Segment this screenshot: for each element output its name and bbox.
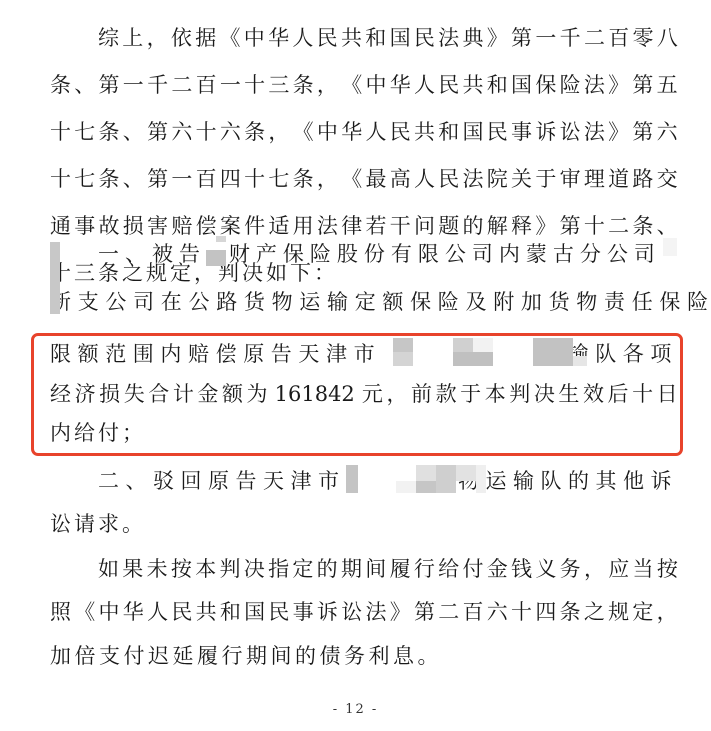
glyph: 规 xyxy=(608,596,629,628)
glyph: 《 xyxy=(341,69,362,101)
ruling-2-line-2: 讼请求。 xyxy=(50,508,678,540)
glyph: 第 xyxy=(632,69,653,101)
glyph: 院 xyxy=(487,163,508,195)
ruling-1-line-1: 一、被告 财产保险股份有限公司内蒙古分公司 xyxy=(98,238,678,270)
glyph: ， xyxy=(268,116,289,148)
glyph: 的 xyxy=(317,553,338,585)
notice-line: 加倍支付迟延履行期间的债务利息。 xyxy=(50,640,678,672)
glyph: 和 xyxy=(487,69,508,101)
glyph: 民 xyxy=(438,163,459,195)
glyph: 民 xyxy=(438,69,459,101)
page-number: - 12 - xyxy=(0,702,711,717)
glyph: 七 xyxy=(74,116,95,148)
glyph: 讼 xyxy=(560,116,581,148)
text: 照《中华人民共和国民事诉讼法》第二百六十四条之规定， xyxy=(50,596,678,628)
glyph: 行 xyxy=(414,553,435,585)
glyph: 国 xyxy=(511,69,532,101)
glyph: 》 xyxy=(608,116,629,148)
glyph: 华 xyxy=(390,69,411,101)
glyph: 第 xyxy=(147,163,168,195)
glyph: 上 xyxy=(122,22,143,54)
glyph: 二 xyxy=(584,22,605,54)
text: 十七条、第一百四十七条，《最高人民法院关于审理道路交 xyxy=(50,163,678,195)
glyph: 一 xyxy=(123,69,144,101)
notice-line: 如果未按本判决指定的期间履行给付金钱义务，应当按 xyxy=(98,553,678,585)
glyph: 据 xyxy=(195,22,216,54)
glyph: 法 xyxy=(365,596,386,628)
highlight-box xyxy=(31,333,683,456)
glyph: 第 xyxy=(511,22,532,54)
glyph: 国 xyxy=(390,22,411,54)
glyph: 十 xyxy=(244,163,265,195)
glyph: 事 xyxy=(293,596,314,628)
glyph: ， xyxy=(317,69,338,101)
glyph: 险 xyxy=(560,69,581,101)
paragraph-line: 十七条、第一百四十七条，《最高人民法院关于审理道路交 xyxy=(50,163,678,195)
glyph: 华 xyxy=(341,116,362,148)
glyph: 一 xyxy=(535,22,556,54)
glyph: 民 xyxy=(317,22,338,54)
glyph: 间 xyxy=(365,553,386,585)
glyph: 第 xyxy=(147,116,168,148)
glyph: 典 xyxy=(462,22,483,54)
glyph: 付 xyxy=(462,553,483,585)
glyph: 共 xyxy=(463,69,484,101)
glyph: 果 xyxy=(122,553,143,585)
glyph: 民 xyxy=(390,116,411,148)
redacted-block xyxy=(206,238,229,266)
glyph: 共 xyxy=(341,22,362,54)
glyph: 金 xyxy=(487,553,508,585)
glyph: 条 xyxy=(293,69,314,101)
glyph: 千 xyxy=(560,22,581,54)
glyph: 人 xyxy=(365,116,386,148)
glyph: 依 xyxy=(171,22,192,54)
text: 条、第一千二百一十三条，《中华人民共和国保险法》第五 xyxy=(50,69,678,101)
glyph: 》 xyxy=(487,22,508,54)
glyph: 履 xyxy=(390,553,411,585)
ruling-1-line-2: 新支公司在公路货物运输定额保险及附加货物责任保险 xyxy=(50,286,678,318)
glyph: 定 xyxy=(632,596,653,628)
glyph: 于 xyxy=(535,163,556,195)
glyph: ， xyxy=(317,163,338,195)
glyph: 诉 xyxy=(317,596,338,628)
glyph: 中 xyxy=(317,116,338,148)
glyph: 华 xyxy=(268,22,289,54)
glyph: 中 xyxy=(244,22,265,54)
glyph: 道 xyxy=(608,163,629,195)
glyph: 法 xyxy=(584,116,605,148)
glyph: 四 xyxy=(535,596,556,628)
glyph: 综 xyxy=(98,22,119,54)
glyph: 百 xyxy=(608,22,629,54)
ruling-2-line-1: 二、驳回原告天津市 货物运输队的其他诉 xyxy=(98,465,678,497)
text: 如果未按本判决指定的期间履行给付金钱义务，应当按 xyxy=(98,553,678,585)
glyph: 百 xyxy=(463,596,484,628)
glyph: 如 xyxy=(98,553,119,585)
glyph: 法 xyxy=(463,163,484,195)
glyph: 中 xyxy=(99,596,120,628)
glyph: 一 xyxy=(220,69,241,101)
text: 综上，依据《中华人民共和国民法典》第一千二百零八 xyxy=(98,22,678,54)
glyph: 中 xyxy=(365,69,386,101)
glyph: 钱 xyxy=(511,553,532,585)
glyph: 三 xyxy=(268,69,289,101)
glyph: 条 xyxy=(99,163,120,195)
glyph: 十 xyxy=(511,596,532,628)
glyph: 八 xyxy=(657,22,678,54)
glyph: 定 xyxy=(292,553,313,585)
glyph: 路 xyxy=(632,163,653,195)
glyph: 和 xyxy=(365,22,386,54)
glyph: 四 xyxy=(220,163,241,195)
glyph: 零 xyxy=(633,22,654,54)
glyph: 七 xyxy=(74,163,95,195)
glyph: 和 xyxy=(438,116,459,148)
glyph: 条 xyxy=(560,596,581,628)
glyph: 《 xyxy=(341,163,362,195)
glyph: 务 xyxy=(560,553,581,585)
glyph: 和 xyxy=(220,596,241,628)
glyph: 民 xyxy=(414,22,435,54)
glyph: 诉 xyxy=(535,116,556,148)
glyph: 华 xyxy=(123,596,144,628)
glyph: 高 xyxy=(390,163,411,195)
redacted-block xyxy=(661,238,678,266)
glyph: 交 xyxy=(657,163,678,195)
glyph: 七 xyxy=(268,163,289,195)
paragraph-line: 条、第一千二百一十三条，《中华人民共和国保险法》第五 xyxy=(50,69,678,101)
glyph: ， xyxy=(584,553,605,585)
glyph: 六 xyxy=(657,116,678,148)
glyph: 一 xyxy=(171,163,192,195)
redacted-block xyxy=(346,465,421,493)
glyph: 十 xyxy=(244,69,265,101)
glyph: 最 xyxy=(365,163,386,195)
glyph: 《 xyxy=(293,116,314,148)
glyph: 条 xyxy=(293,163,314,195)
glyph: 讼 xyxy=(341,596,362,628)
text: 十七条、第六十六条，《中华人民共和国民事诉讼法》第六 xyxy=(50,116,678,148)
glyph: 二 xyxy=(171,69,192,101)
glyph: 条 xyxy=(99,116,120,148)
glyph: 当 xyxy=(633,553,654,585)
glyph: 共 xyxy=(414,116,435,148)
glyph: ， xyxy=(147,22,168,54)
glyph: 关 xyxy=(511,163,532,195)
paragraph-line: 十七条、第六十六条，《中华人民共和国民事诉讼法》第六 xyxy=(50,116,678,148)
glyph: 决 xyxy=(244,553,265,585)
glyph: 之 xyxy=(584,596,605,628)
glyph: 给 xyxy=(438,553,459,585)
glyph: 法 xyxy=(584,69,605,101)
glyph: 审 xyxy=(560,163,581,195)
glyph: 第 xyxy=(414,596,435,628)
glyph: 人 xyxy=(292,22,313,54)
glyph: 通 xyxy=(50,210,71,242)
glyph: 、 xyxy=(123,163,144,195)
glyph: 应 xyxy=(608,553,629,585)
glyph: 事 xyxy=(74,210,95,242)
glyph: 事 xyxy=(511,116,532,148)
glyph: 人 xyxy=(414,163,435,195)
glyph: 六 xyxy=(171,116,192,148)
text: 新支公司在公路货物运输定额保险及附加货物责任保险 xyxy=(50,286,711,318)
glyph: 二 xyxy=(438,596,459,628)
glyph: 民 xyxy=(487,116,508,148)
glyph: 保 xyxy=(535,69,556,101)
text: 一、被告 xyxy=(98,238,206,270)
notice-line: 照《中华人民共和国民事诉讼法》第二百六十四条之规定， xyxy=(50,596,678,628)
glyph: 条 xyxy=(244,116,265,148)
glyph: 本 xyxy=(195,553,216,585)
text: 加倍支付迟延履行期间的债务利息。 xyxy=(50,640,442,672)
glyph: 千 xyxy=(147,69,168,101)
glyph: 照 xyxy=(50,596,71,628)
glyph: 》 xyxy=(608,69,629,101)
glyph: 十 xyxy=(50,163,71,195)
glyph: 百 xyxy=(196,69,217,101)
glyph: 六 xyxy=(220,116,241,148)
glyph: 国 xyxy=(463,116,484,148)
glyph: 人 xyxy=(147,596,168,628)
glyph: 人 xyxy=(414,69,435,101)
glyph: 民 xyxy=(171,596,192,628)
glyph: 、 xyxy=(123,116,144,148)
text: 讼请求。 xyxy=(50,508,146,540)
glyph: 、 xyxy=(74,69,95,101)
glyph: 国 xyxy=(244,596,265,628)
glyph: 民 xyxy=(268,596,289,628)
glyph: 期 xyxy=(341,553,362,585)
glyph: 理 xyxy=(584,163,605,195)
glyph: 共 xyxy=(196,596,217,628)
glyph: 十 xyxy=(50,116,71,148)
glyph: 《 xyxy=(74,596,95,628)
glyph: 十 xyxy=(196,116,217,148)
text: 财产保险股份有限公司内蒙古分公司 xyxy=(229,238,661,270)
glyph: 条 xyxy=(50,69,71,101)
glyph: 义 xyxy=(535,553,556,585)
glyph: 指 xyxy=(268,553,289,585)
glyph: 六 xyxy=(487,596,508,628)
glyph: 未 xyxy=(147,553,168,585)
glyph: 按 xyxy=(171,553,192,585)
glyph: 》 xyxy=(390,596,411,628)
glyph: 五 xyxy=(657,69,678,101)
glyph: 判 xyxy=(219,553,240,585)
glyph: ， xyxy=(657,596,678,628)
glyph: 第 xyxy=(632,116,653,148)
glyph: 法 xyxy=(438,22,459,54)
glyph: 百 xyxy=(196,163,217,195)
glyph: 按 xyxy=(657,553,678,585)
glyph: 《 xyxy=(219,22,240,54)
paragraph-line: 综上，依据《中华人民共和国民法典》第一千二百零八 xyxy=(98,22,678,54)
text: 二、驳回原告天津市 xyxy=(98,465,346,497)
glyph: 第 xyxy=(99,69,120,101)
